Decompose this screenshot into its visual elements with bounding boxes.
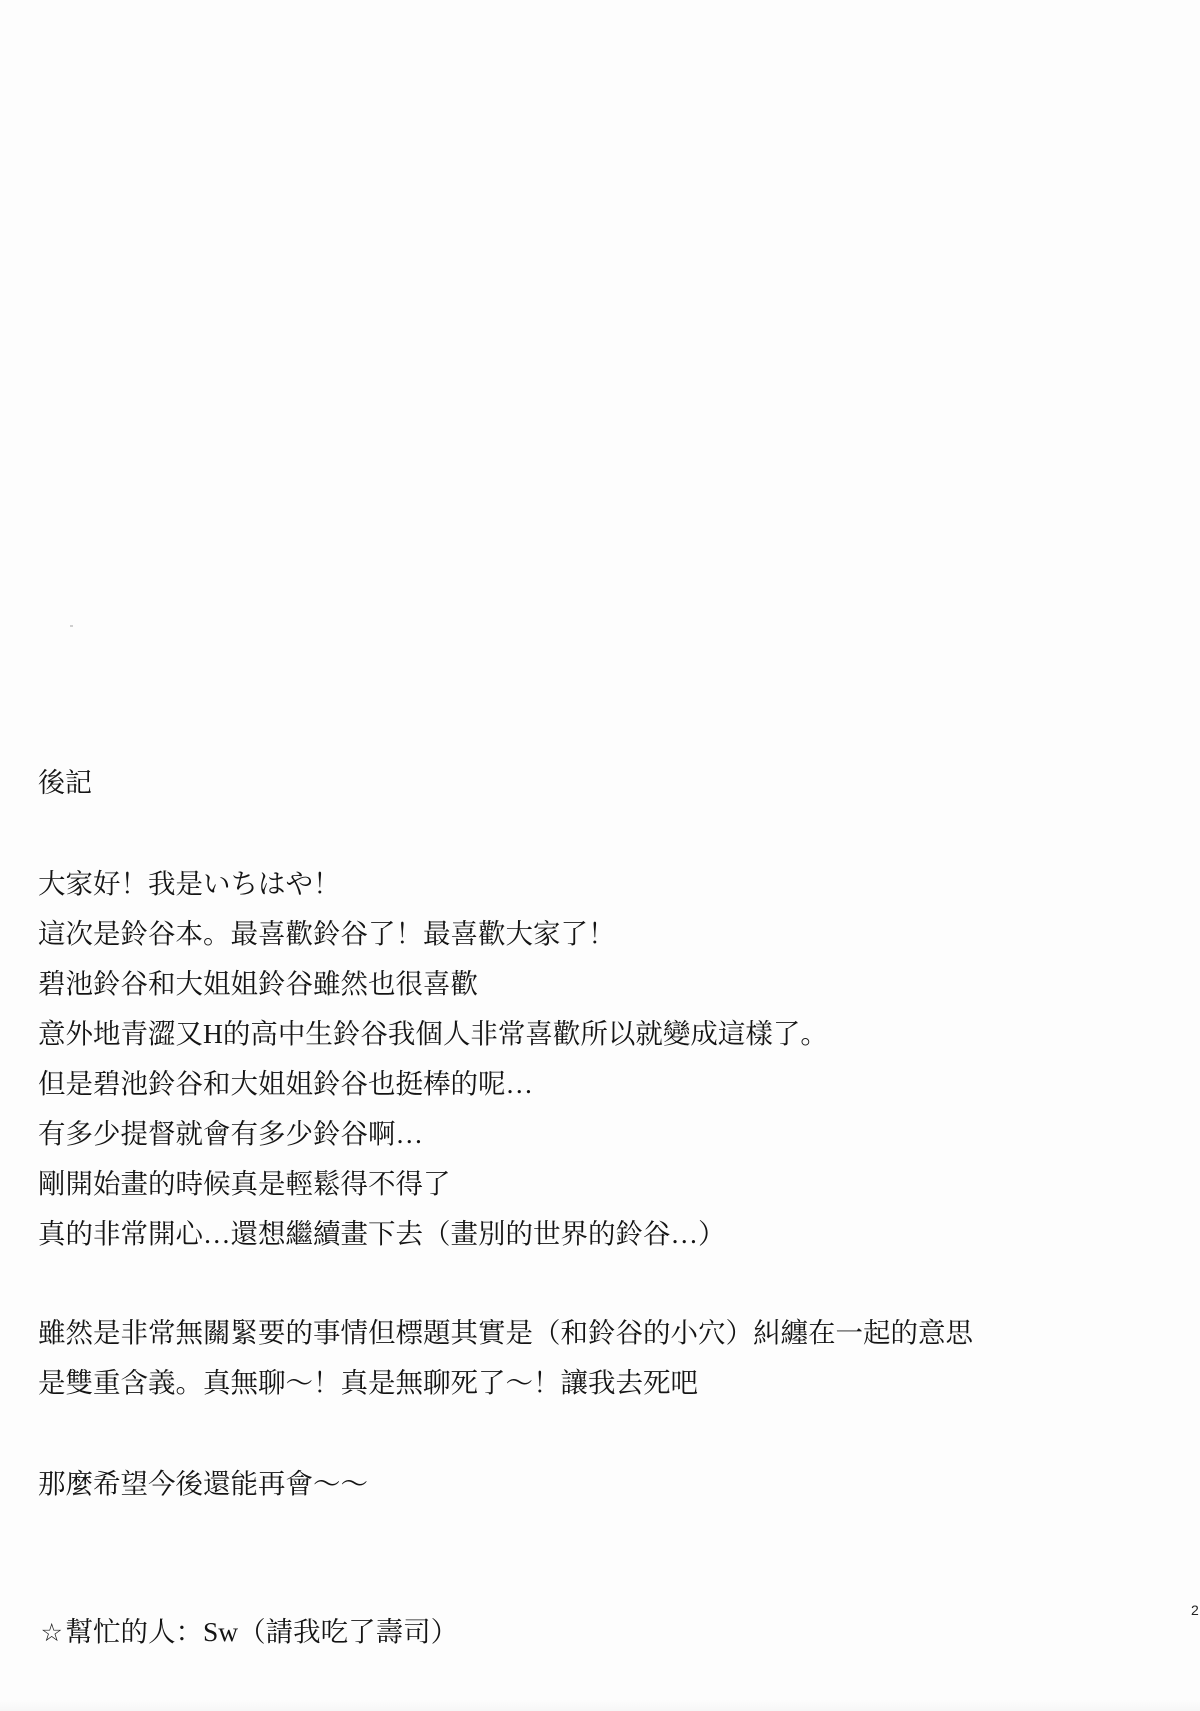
afterword-heading: 後記: [38, 763, 92, 803]
text-line: 有多少提督就會有多少鈴谷啊…: [38, 1114, 423, 1154]
text-line: 真的非常開心…還想繼續畫下去（畫別的世界的鈴谷…）: [38, 1214, 726, 1254]
document-page: 後記 大家好！我是いちはや！ 這次是鈴谷本。最喜歡鈴谷了！最喜歡大家了！ 碧池鈴…: [0, 0, 1200, 1711]
text-line: 剛開始畫的時候真是輕鬆得不得了: [38, 1164, 451, 1204]
credits-text: 幫忙的人：Sw（請我吃了壽司）: [66, 1616, 459, 1647]
text-line: 大家好！我是いちはや！: [38, 864, 341, 904]
text-line: 雖然是非常無關緊要的事情但標題其實是（和鈴谷的小穴）糾纏在一起的意思: [38, 1313, 973, 1353]
bottom-edge: [0, 1700, 1200, 1711]
credits-line: ☆幫忙的人：Sw（請我吃了壽司）: [38, 1612, 458, 1652]
text-line: 這次是鈴谷本。最喜歡鈴谷了！最喜歡大家了！: [38, 914, 616, 954]
scan-speck: [70, 625, 73, 627]
text-line: 那麼希望今後還能再會～～: [38, 1464, 368, 1504]
text-line: 意外地青澀又H的高中生鈴谷我個人非常喜歡所以就變成這樣了。: [38, 1014, 828, 1054]
star-icon: ☆: [38, 1613, 66, 1653]
page-number: 2: [1191, 1602, 1199, 1618]
text-line: 碧池鈴谷和大姐姐鈴谷雖然也很喜歡: [38, 964, 478, 1004]
text-line: 但是碧池鈴谷和大姐姐鈴谷也挺棒的呢…: [38, 1064, 533, 1104]
text-line: 是雙重含義。真無聊～！真是無聊死了～！讓我去死吧: [38, 1363, 698, 1403]
